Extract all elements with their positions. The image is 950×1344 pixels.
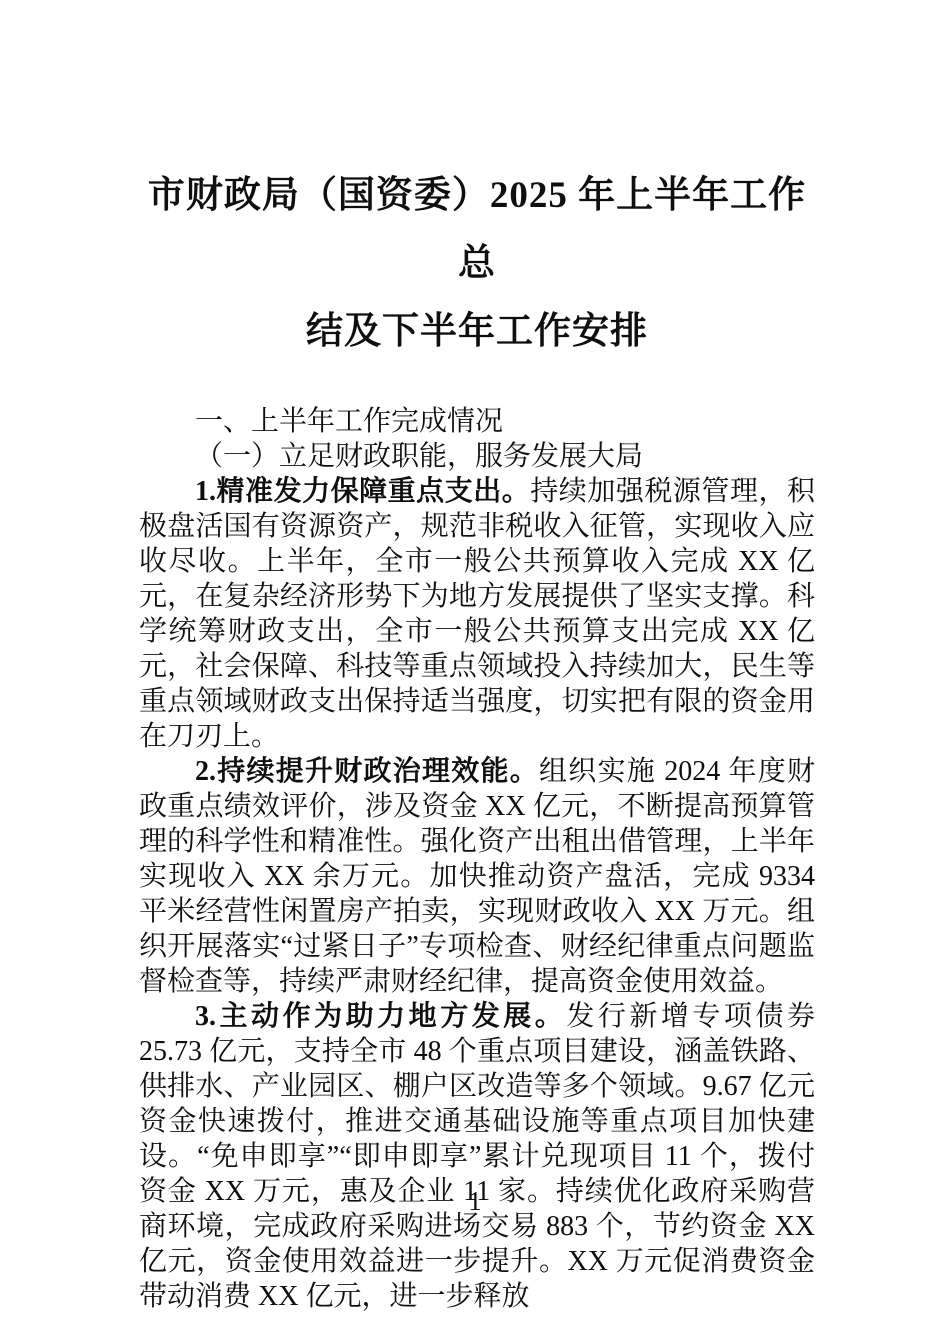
paragraph-1-lead: 1.精准发力保障重点支出。 xyxy=(195,476,530,507)
paragraph-2-lead: 2.持续提升财政治理效能。 xyxy=(195,756,539,787)
paragraph-1-text: 持续加强税源管理，积极盘活国有资源资产，规范非税收入征管，实现收入应收尽收。上半… xyxy=(139,476,815,752)
page-number: 1 xyxy=(0,1184,950,1219)
document-title-line-1: 市财政局（国资委）2025 年上半年工作总 xyxy=(139,162,815,298)
paragraph-2-text: 组织实施 2024 年度财政重点绩效评价，涉及资金 XX 亿元，不断提高预算管理… xyxy=(139,756,815,997)
document-body: 一、上半年工作完成情况 （一）立足财政职能，服务发展大局 1.精准发力保障重点支… xyxy=(139,404,815,1314)
document-page: 市财政局（国资委）2025 年上半年工作总 结及下半年工作安排 一、上半年工作完… xyxy=(0,0,950,1344)
document-title: 市财政局（国资委）2025 年上半年工作总 结及下半年工作安排 xyxy=(139,0,815,366)
document-title-line-2: 结及下半年工作安排 xyxy=(139,298,815,366)
section-heading-level-2: （一）立足财政职能，服务发展大局 xyxy=(139,439,815,474)
document-content: 市财政局（国资委）2025 年上半年工作总 结及下半年工作安排 一、上半年工作完… xyxy=(139,0,815,1314)
paragraph-3: 3.主动作为助力地方发展。发行新增专项债券 25.73 亿元，支持全市 48 个… xyxy=(139,999,815,1314)
paragraph-3-text: 发行新增专项债券 25.73 亿元，支持全市 48 个重点项目建设，涵盖铁路、供… xyxy=(139,1001,815,1312)
paragraph-1: 1.精准发力保障重点支出。持续加强税源管理，积极盘活国有资源资产，规范非税收入征… xyxy=(139,474,815,754)
paragraph-2: 2.持续提升财政治理效能。组织实施 2024 年度财政重点绩效评价，涉及资金 X… xyxy=(139,754,815,999)
paragraph-3-lead: 3.主动作为助力地方发展。 xyxy=(195,1001,566,1032)
section-heading-level-1: 一、上半年工作完成情况 xyxy=(139,404,815,439)
